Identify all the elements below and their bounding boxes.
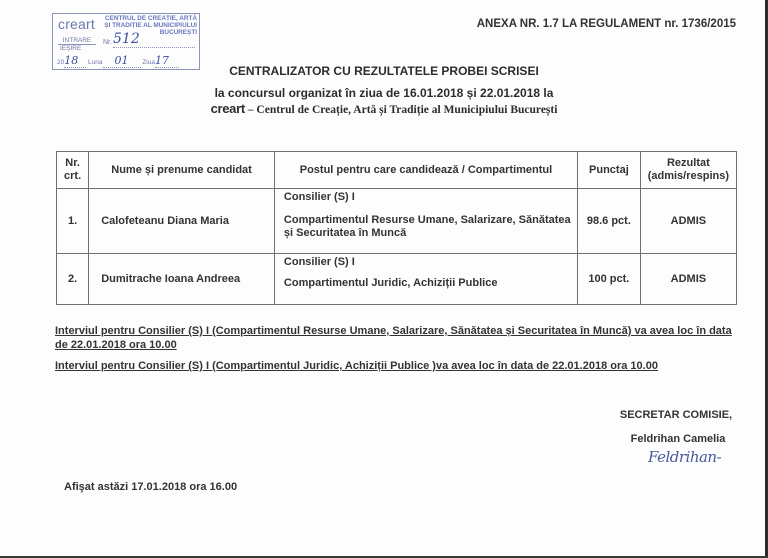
candidate-score: 100 pct.	[578, 254, 641, 305]
commission-secretary: SECRETAR COMISIE, Feldrihan Camelia	[596, 409, 756, 445]
post-title: Consilier (S) I	[284, 191, 577, 204]
table-row: 2. Dumitrache Ioana Andreea Consilier (S…	[57, 254, 737, 305]
post-department: Compartimentul Resurse Umane, Salarizare…	[284, 212, 577, 240]
candidate-post: Consilier (S) I Compartimentul Juridic, …	[274, 254, 577, 305]
candidate-result: ADMIS	[640, 254, 736, 305]
signer-name: Feldrihan Camelia	[600, 433, 756, 445]
candidate-score: 98.6 pct.	[578, 189, 641, 254]
stamp-iesire-label: IEȘIRE	[60, 45, 81, 52]
col-nr: Nr. crt.	[57, 152, 89, 189]
post-department: Compartimentul Juridic, Achiziții Public…	[284, 277, 498, 289]
col-post: Postul pentru care candidează / Comparti…	[274, 152, 577, 189]
col-score: Punctaj	[578, 152, 641, 189]
candidate-name: Dumitrache Ioana Andreea	[89, 254, 275, 305]
col-name: Nume și prenume candidat	[89, 152, 275, 189]
institution-name: – Centrul de Creație, Artă și Tradiție a…	[245, 104, 558, 116]
row-nr: 2.	[57, 254, 89, 305]
results-table: Nr. crt. Nume și prenume candidat Postul…	[56, 151, 737, 305]
interview-notes: Interviul pentru Consilier (S) I (Compar…	[55, 324, 745, 380]
annex-reference: ANEXA NR. 1.7 LA REGULAMENT nr. 1736/201…	[477, 18, 736, 30]
candidate-post: Consilier (S) I Compartimentul Resurse U…	[274, 189, 577, 254]
candidate-name: Calofeteanu Diana Maria	[89, 189, 275, 254]
document-subtitle: la concursul organizat în ziua de 16.01.…	[0, 86, 768, 100]
interview-note: Interviul pentru Consilier (S) I (Compar…	[55, 359, 745, 373]
candidate-result: ADMIS	[640, 189, 736, 254]
col-result: Rezultat (admis/respins)	[640, 152, 736, 189]
handwritten-signature: Feldrihan-	[648, 448, 721, 466]
stamp-nr-label: Nr.	[103, 39, 112, 46]
stamp-logo: creart	[58, 16, 95, 32]
posting-date: Afişat astăzi 17.01.2018 ora 16.00	[64, 481, 237, 493]
table-header-row: Nr. crt. Nume și prenume candidat Postul…	[57, 152, 737, 189]
registration-stamp: creart CENTRUL DE CREAȚIE, ARTĂ ȘI TRADI…	[52, 13, 200, 70]
institution-line: creart – Centrul de Creație, Artă și Tra…	[0, 101, 768, 116]
row-nr: 1.	[57, 189, 89, 254]
creart-logo: creart	[211, 101, 245, 116]
stamp-nr-value: 512	[113, 31, 195, 48]
document-title: CENTRALIZATOR CU REZULTATELE PROBEI SCRI…	[0, 64, 768, 78]
signer-role: SECRETAR COMISIE,	[596, 409, 756, 421]
stamp-intrare-label: INTRARE	[58, 37, 96, 45]
interview-note: Interviul pentru Consilier (S) I (Compar…	[55, 324, 745, 352]
table-row: 1. Calofeteanu Diana Maria Consilier (S)…	[57, 189, 737, 254]
post-title: Consilier (S) I	[284, 256, 577, 269]
